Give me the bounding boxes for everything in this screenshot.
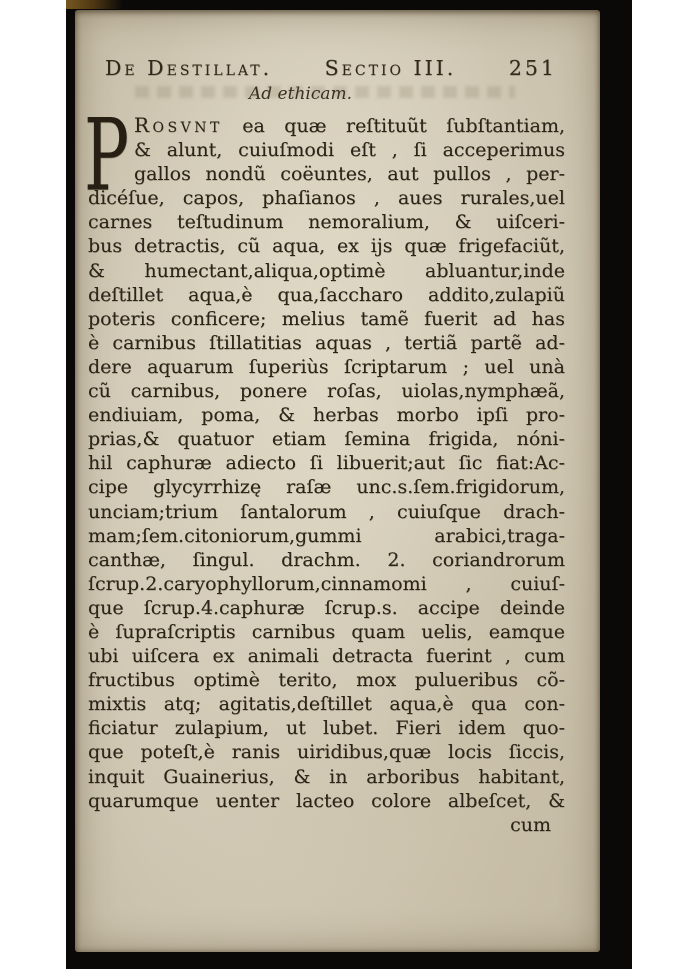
text-line: que poteſt,è ranis uiridibus,quæ locis ſ… (88, 740, 565, 764)
text-line: dere aquarum ſuperiùs ſcriptarum ; uel u… (88, 355, 565, 379)
paragraph: P Rosvnt ea quæ reſtituũt ſubſtantiam, &… (88, 113, 565, 837)
header-title: De Destillat. (105, 56, 272, 80)
drop-cap: P (84, 116, 129, 197)
text-line: hil caphuræ adiecto ſi libuerit;aut ſic … (88, 451, 565, 475)
text-line: gallos nondũ coëuntes, aut pullos , per- (88, 162, 565, 186)
paragraph-opening: P Rosvnt ea quæ reſtituũt ſubſtantiam, &… (88, 113, 565, 186)
catchword: cum (88, 813, 565, 837)
text-line: canthæ, ſingul. drachm. 2. coriandrorum (88, 548, 565, 572)
section-subtitle: Ad ethicam. (62, 84, 539, 104)
first-word: Rosvnt (134, 113, 223, 137)
text-line: cũ carnibus, ponere roſas, uiolas,nymphæ… (88, 379, 565, 403)
text-line: & humectant,aliqua,optimè abluantur,inde (88, 259, 565, 283)
text-line: cipe glycyrrhizę raſæ unc.s.ſem.frigidor… (88, 475, 565, 499)
text-line: unciam;trium ſantalorum , cuiuſque drach… (88, 500, 565, 524)
text-line: & alunt, cuiuſmodi eſt , ſi acceperimus (88, 138, 565, 162)
page-number: 251 (509, 56, 557, 80)
text-line: dicéſue, capos, phaſianos , aues rurales… (88, 186, 565, 210)
text-line: deſtillet aqua,è qua,ſaccharo addito,zul… (88, 283, 565, 307)
paragraph-body: dicéſue, capos, phaſianos , aues rurales… (88, 186, 565, 812)
text-line: è ſupraſcriptis carnibus quam uelis, eam… (88, 620, 565, 644)
text-line: quarumque uenter lacteo colore albeſcet,… (88, 789, 565, 813)
header-section: Sectio III. (325, 56, 457, 80)
text-line: mam;ſem.citoniorum,gummi arabici,traga- (88, 524, 565, 548)
text-line: fructibus optimè terito, mox pulueribus … (88, 668, 565, 692)
text-line: Rosvnt ea quæ reſtituũt ſubſtantiam, (88, 113, 565, 138)
running-header: De Destillat. Sectio III. 251 (105, 56, 557, 80)
text-line: ſcrup.2.caryophyllorum,cinnamomi , cuiuſ… (88, 572, 565, 596)
text-line: prias,& quatuor etiam ſemina frigida, nó… (88, 427, 565, 451)
text-line: carnes teſtudinum nemoralium, & uiſceri- (88, 210, 565, 234)
book-page: De Destillat. Sectio III. 251 Ad ethicam… (75, 10, 600, 952)
first-line-rest: ea quæ reſtituũt ſubſtantiam, (223, 115, 565, 137)
text-line: inquit Guainerius, & in arboribus habita… (88, 765, 565, 789)
text-line: mixtis atq; agitatis,deſtillet aqua,è qu… (88, 692, 565, 716)
text-line: ubi uiſcera ex animali detracta fuerint … (88, 644, 565, 668)
text-line: que ſcrup.4.caphuræ ſcrup.s. accipe dein… (88, 596, 565, 620)
text-line: bus detractis, cũ aqua, ex ijs quæ frige… (88, 234, 565, 258)
book-edge-smudge (66, 0, 126, 9)
text-line: poteris conficere; melius tamẽ fuerit ad… (88, 307, 565, 331)
text-line: è carnibus ſtillatitias aquas , tertiã p… (88, 331, 565, 355)
scan-area: De Destillat. Sectio III. 251 Ad ethicam… (66, 0, 632, 969)
text-line: endiuiam, poma, & herbas morbo ipſi pro- (88, 403, 565, 427)
text-line: ficiatur zulapium, ut lubet. Fieri idem … (88, 716, 565, 740)
